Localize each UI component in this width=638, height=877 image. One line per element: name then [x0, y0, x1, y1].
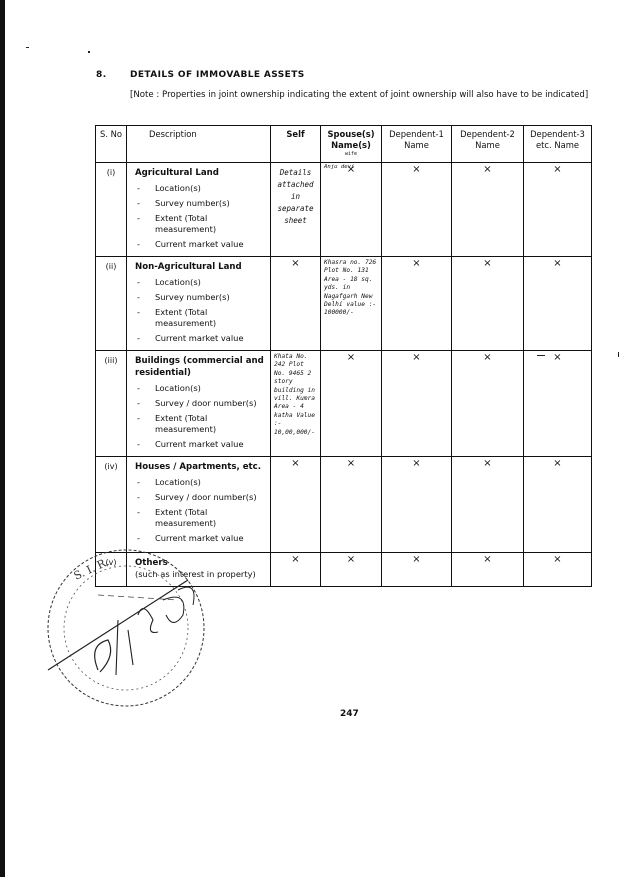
section-note: [Note : Properties in joint ownership in… [130, 89, 595, 101]
row-subtitle: (such as interest in property) [135, 569, 266, 580]
row-item: -Extent (Total measurement) [135, 507, 266, 529]
dependent-2-value: × [452, 163, 524, 257]
scan-edge [0, 0, 5, 877]
row-description: Houses / Apartments, etc. -Location(s) -… [127, 457, 271, 553]
row-item: -Extent (Total measurement) [135, 413, 266, 435]
row-item: -Survey / door number(s) [135, 492, 266, 503]
row-item: -Extent (Total measurement) [135, 307, 266, 329]
row-item: -Location(s) [135, 183, 266, 194]
dependent-3-value: × [524, 257, 592, 351]
dependent-1-value: × [382, 553, 452, 587]
row-item: -Current market value [135, 333, 266, 344]
row-category: Agricultural Land [135, 167, 266, 179]
spouse-value: × [321, 351, 382, 457]
dependent-1-value: × [382, 163, 452, 257]
scan-speck [88, 51, 90, 53]
section-title: DETAILS OF IMMOVABLE ASSETS [130, 70, 305, 80]
row-item: -Current market value [135, 439, 266, 450]
row-item: -Survey / door number(s) [135, 398, 266, 409]
dependent-2-value: × [452, 457, 524, 553]
dependent-3-value: × [524, 457, 592, 553]
row-item: -Survey number(s) [135, 198, 266, 209]
row-description: Non-Agricultural Land -Location(s) -Surv… [127, 257, 271, 351]
dependent-2-value: × [452, 553, 524, 587]
row-item: -Extent (Total measurement) [135, 213, 266, 235]
dependent-3-value: × [524, 351, 592, 457]
header-sno: S. No [96, 126, 127, 163]
row-item: -Location(s) [135, 477, 266, 488]
header-spouse: Spouse(s) Name(s) wife [321, 126, 382, 163]
dependent-1-value: × [382, 351, 452, 457]
immovable-assets-table: S. No Description Self Spouse(s) Name(s)… [95, 125, 592, 587]
dependent-2-value: × [452, 257, 524, 351]
table-header-row: S. No Description Self Spouse(s) Name(s)… [96, 126, 592, 163]
self-value-handwritten: Details attached in separate sheet [271, 163, 321, 257]
self-value: × [271, 257, 321, 351]
stray-mark [537, 355, 545, 356]
row-category: Buildings (commercial and residential) [135, 355, 266, 379]
row-sno: (ii) [96, 257, 127, 351]
self-value-handwritten: Khata No. 242 Plot No. 9465 2 story buil… [271, 351, 321, 457]
row-description: Agricultural Land -Location(s) -Survey n… [127, 163, 271, 257]
header-dependent-2: Dependent-2 Name [452, 126, 524, 163]
row-category: Others [135, 557, 266, 569]
header-self: Self [271, 126, 321, 163]
row-item: -Current market value [135, 533, 266, 544]
header-spouse-handwritten: wife [323, 151, 379, 157]
page-number: 247 [340, 709, 359, 719]
table-row: (v) Others (such as interest in property… [96, 553, 592, 587]
header-dependent-3: Dependent-3 etc. Name [524, 126, 592, 163]
row-category: Non-Agricultural Land [135, 261, 266, 273]
row-sno: (iv) [96, 457, 127, 553]
row-item: -Location(s) [135, 277, 266, 288]
header-dependent-1: Dependent-1 Name [382, 126, 452, 163]
table-row: (i) Agricultural Land -Location(s) -Surv… [96, 163, 592, 257]
table-row: (iv) Houses / Apartments, etc. -Location… [96, 457, 592, 553]
dependent-1-value: × [382, 257, 452, 351]
row-description: Buildings (commercial and residential) -… [127, 351, 271, 457]
row-category: Houses / Apartments, etc. [135, 461, 266, 473]
scan-speck [26, 47, 29, 48]
spouse-value-handwritten: Khasra no. 726 Plot No. 131 Area - 18 sq… [321, 257, 382, 351]
dependent-1-value: × [382, 457, 452, 553]
self-value: × [271, 553, 321, 587]
dependent-2-value: × [452, 351, 524, 457]
row-sno: (i) [96, 163, 127, 257]
spouse-name-handwritten: Anju devi [324, 164, 354, 170]
spouse-value: × [321, 553, 382, 587]
header-spouse-label: Spouse(s) Name(s) [327, 129, 374, 150]
table-row: (iii) Buildings (commercial and resident… [96, 351, 592, 457]
spouse-value: × [321, 457, 382, 553]
self-value: × [271, 457, 321, 553]
table-row: (ii) Non-Agricultural Land -Location(s) … [96, 257, 592, 351]
row-item: -Location(s) [135, 383, 266, 394]
row-description: Others (such as interest in property) [127, 553, 271, 587]
spouse-value: Anju devi × [321, 163, 382, 257]
row-item: -Survey number(s) [135, 292, 266, 303]
dependent-3-value: × [524, 163, 592, 257]
row-item: -Current market value [135, 239, 266, 250]
section-number: 8. [96, 70, 107, 80]
header-description: Description [127, 126, 271, 163]
dependent-3-value: × [524, 553, 592, 587]
row-sno: (v) [96, 553, 127, 587]
row-sno: (iii) [96, 351, 127, 457]
scan-speck [618, 352, 619, 357]
